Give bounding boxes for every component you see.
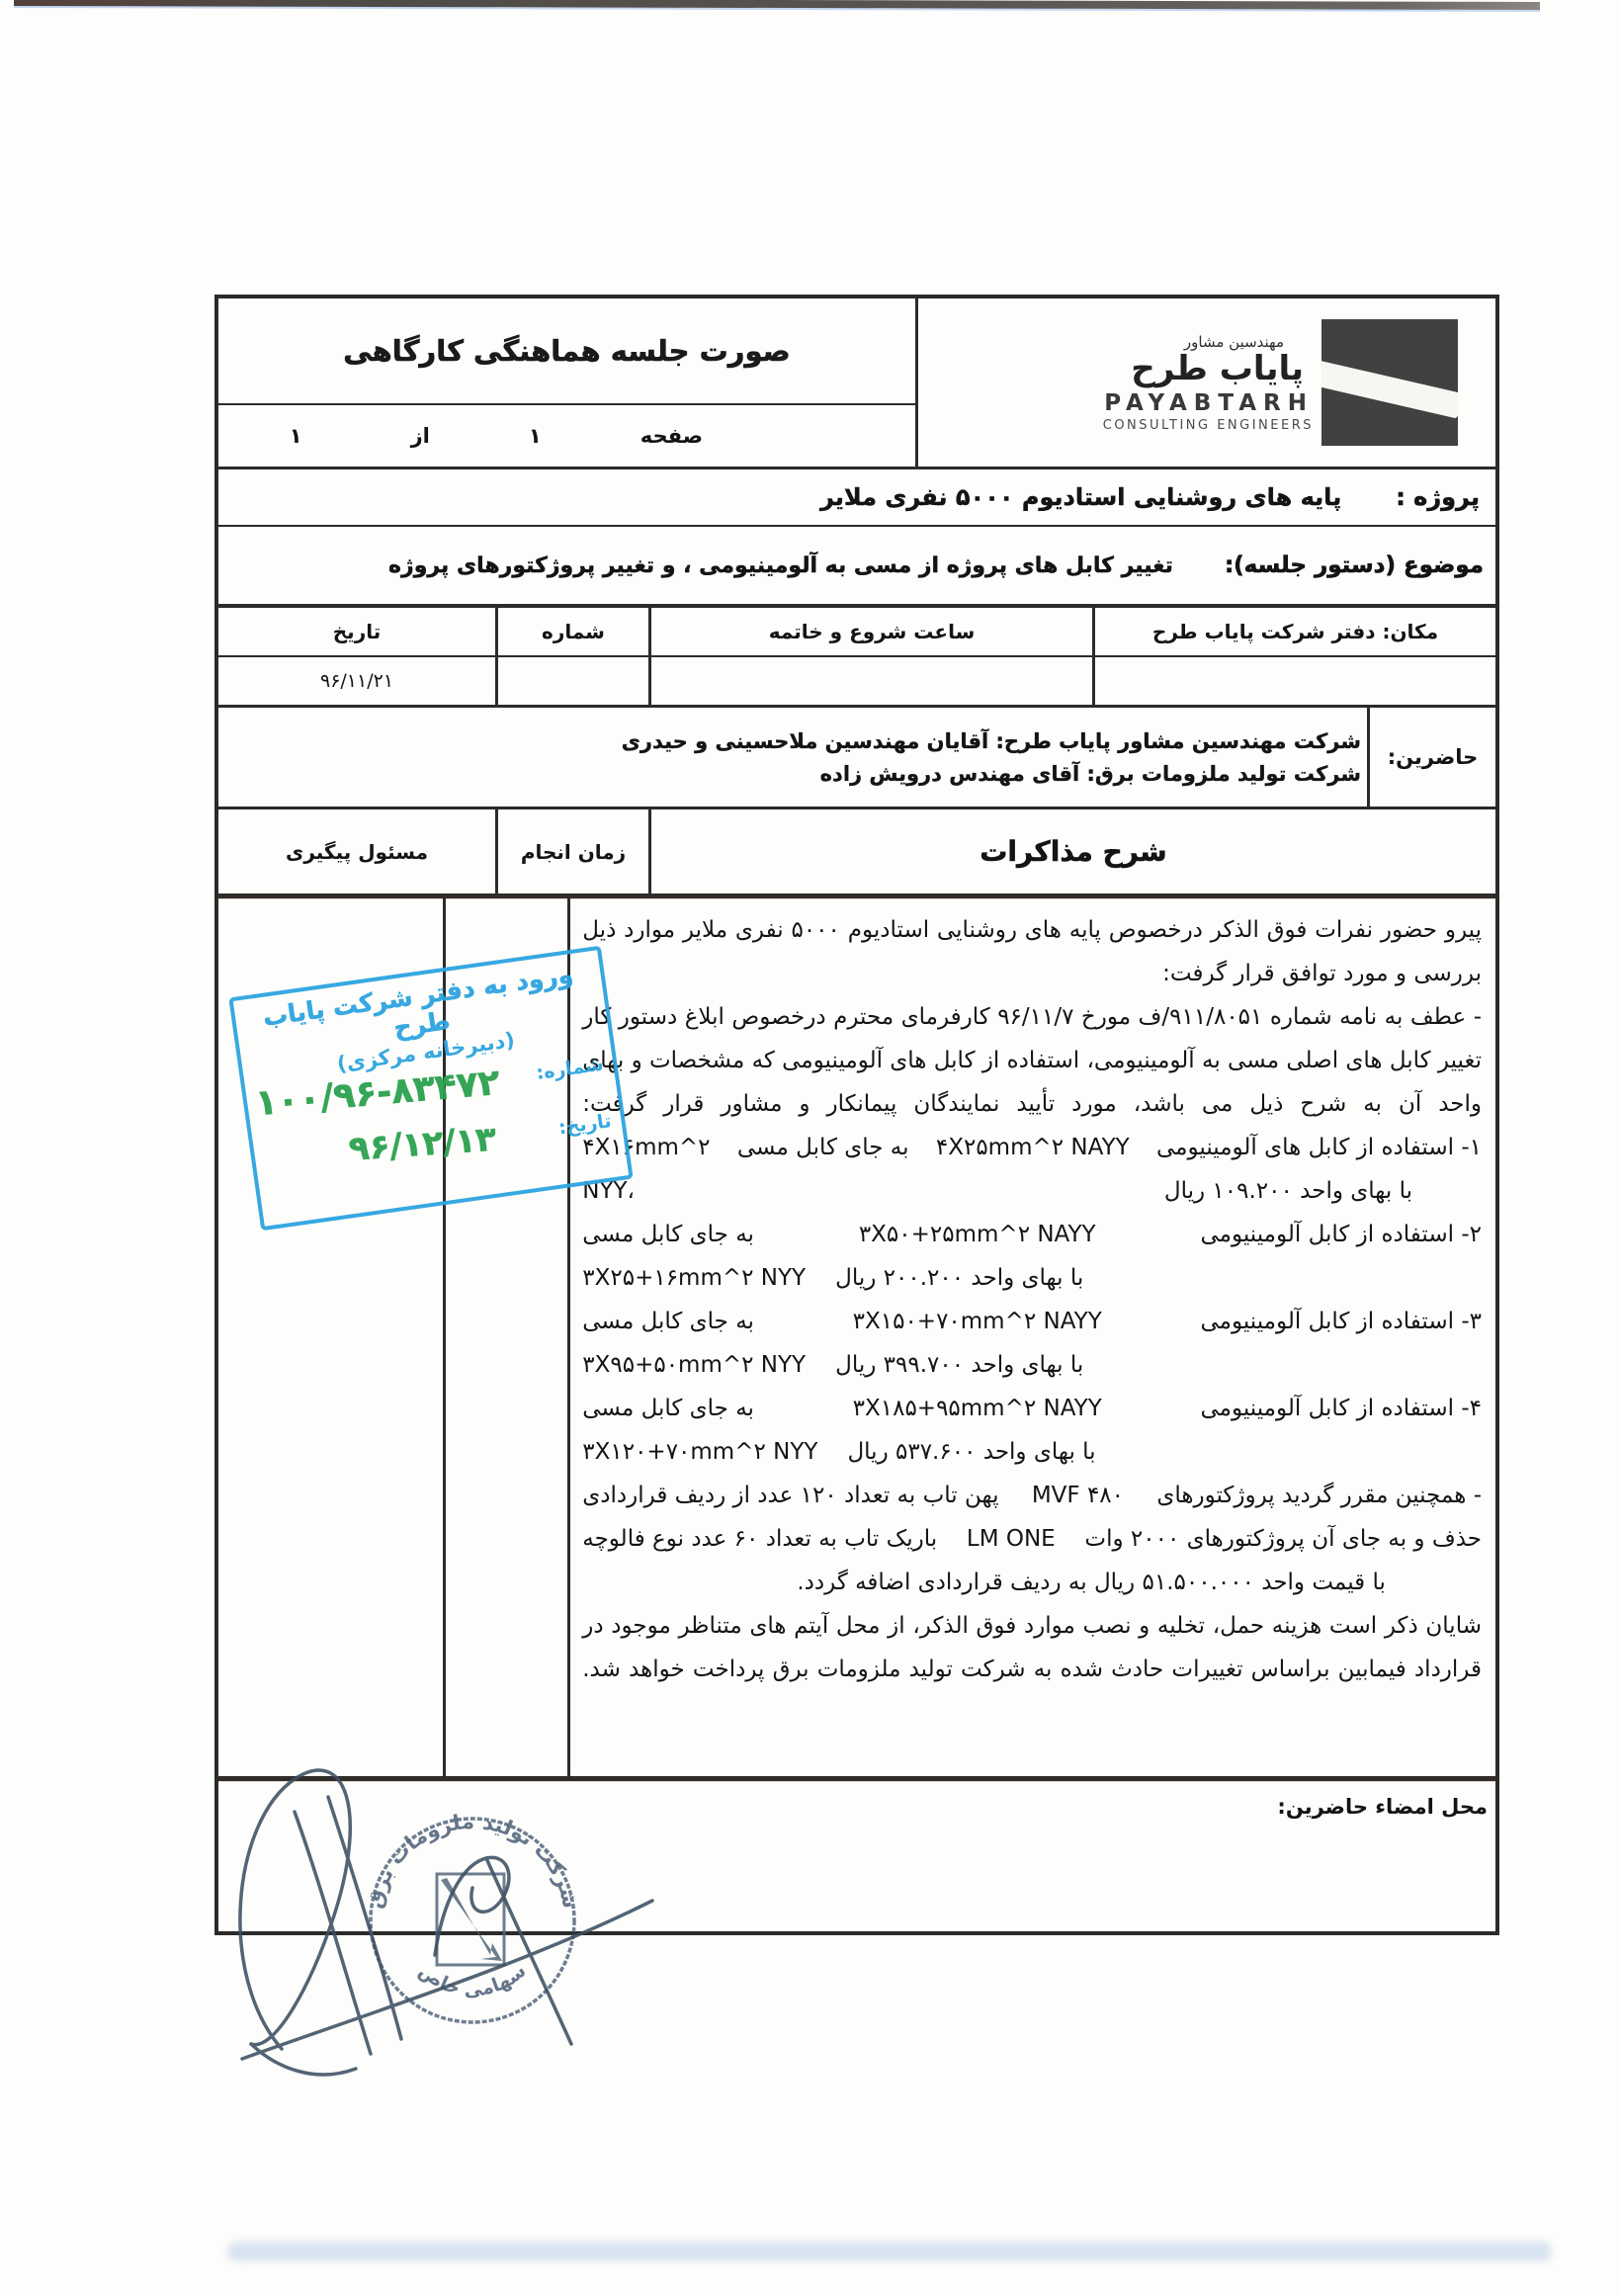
discussion-token: با بهای واحد ۱۰۹.۲۰۰ ریال (1164, 1169, 1412, 1213)
discussion-line: به جای کابل مسی۳X۵۰+۲۵mm^۲ NAYY۲- استفاد… (582, 1213, 1482, 1256)
discussion-token: - همچنین مقرر گردید پروژکتورهای (1156, 1474, 1482, 1517)
title-cell: صورت جلسه هماهنگی کارگاهی (218, 298, 915, 405)
meta-value-row: ۹۶/۱۱/۲۱ (218, 657, 1495, 708)
discussion-line: ۳X۹۵+۵۰mm^۲ NYYبا بهای واحد ۳۹۹.۷۰۰ ریال (582, 1343, 1482, 1387)
discussion-token: MVF ۴۸۰ (1032, 1474, 1124, 1517)
project-label: پروژه : (1396, 483, 1480, 511)
discussion-token: حذف و به جای آن پروژکتورهای ۲۰۰۰ وات (1084, 1517, 1482, 1561)
date-header: تاریخ (218, 608, 498, 655)
attendees-content: شرکت مهندسین مشاور پایاب طرح: آقایان مهن… (218, 708, 1370, 807)
subject-row: موضوع (دستور جلسه): تغییر کابل های پروژه… (218, 527, 1495, 608)
discussion-token: پهن تاب به تعداد ۱۲۰ عدد از ردیف قرارداد… (582, 1474, 998, 1517)
discussion-line: واحد آن به شرح ذیل می باشد، مورد تأیید ن… (582, 1082, 1482, 1126)
discussion-token: ۴- استفاده از کابل آلومینیومی (1200, 1387, 1482, 1430)
project-row: پروژه : پایه های روشنایی استادیوم ۵۰۰۰ ن… (218, 469, 1495, 527)
logo-latin-sub: CONSULTING ENGINEERS (1103, 418, 1314, 433)
scan-smudge-artifact (227, 2242, 1552, 2261)
logo-fa-big: پایاب طرح (1131, 349, 1304, 388)
discussion-token: ۲- استفاده از کابل آلومینیومی (1200, 1213, 1482, 1256)
page-number-row: صفحه ۱ از ۱ (218, 405, 915, 467)
discussion-token: ۳X۱۲۰+۷۰mm^۲ NYY (582, 1430, 817, 1474)
discussion-line: به جای کابل مسی۳X۱۸۵+۹۵mm^۲ NAYY۴- استفا… (582, 1387, 1482, 1430)
number-header: شماره (498, 608, 651, 655)
date-value: ۹۶/۱۱/۲۱ (320, 670, 393, 692)
discussion-line: NYY،با بهای واحد ۱۰۹.۲۰۰ ریال (582, 1169, 1482, 1213)
logo-swoosh-shape (1321, 360, 1458, 418)
discussion-line: تغییر کابل های اصلی مسی به آلومینیومی، ا… (582, 1039, 1482, 1082)
discussion-line: ۴X۱۶mm^۲به جای کابل مسی۴X۲۵mm^۲ NAYY۱- ا… (582, 1126, 1482, 1169)
discussion-line: با قیمت واحد ۵۱.۵۰۰.۰۰۰ ریال به ردیف قرا… (582, 1561, 1482, 1604)
discussion-token: با بهای واحد ۵۳۷.۶۰۰ ریال (847, 1430, 1095, 1474)
discussion-token: ۳X۵۰+۲۵mm^۲ NAYY (859, 1213, 1096, 1256)
signature-label: محل امضاء حاضرین: (1277, 1795, 1488, 1819)
meta-header-row: تاریخ شماره ساعت شروع و خاتمه مکان: دفتر… (218, 608, 1495, 657)
time-header: ساعت شروع و خاتمه (651, 608, 1095, 655)
attendee-line: شرکت مهندسین مشاور پایاب طرح: آقایان مهن… (218, 729, 1361, 753)
minutes-header-row: مسئول پیگیری زمان انجام شرح مذاکرات (218, 809, 1495, 898)
logo-latin: PAYABTARH (1104, 390, 1314, 416)
discussion-text: پیرو حضور نفرات فوق الذکر درخصوص پایه ها… (570, 898, 1495, 1776)
discussion-line: - عطف به نامه شماره ۹۱۱/۸۰۵۱/ف مورخ ۹۶/۱… (582, 995, 1482, 1039)
discussion-token: با بهای واحد ۲۰۰.۲۰۰ ریال (835, 1256, 1083, 1300)
discussion-token: با بهای واحد ۳۹۹.۷۰۰ ریال (835, 1343, 1083, 1387)
logo-cell: مهندسین مشاور پایاب طرح PAYABTARH CONSUL… (918, 298, 1495, 467)
round-stamp-and-signature-graphic: شرکت تولید ملزومات برق سهامی خاص (188, 1718, 741, 2133)
entry-stamp-date-value: ۹۶/۱۲/۱۳ (348, 1120, 498, 1169)
discussion-line: ۳X۱۲۰+۷۰mm^۲ NYYبا بهای واحد ۵۳۷.۶۰۰ ریا… (582, 1430, 1482, 1474)
discussion-token: ۴X۲۵mm^۲ NAYY (936, 1126, 1130, 1169)
discussion-token: باریک تاب به تعداد ۶۰ عدد نوع فالوچه (582, 1517, 937, 1561)
completion-time-header: زمان انجام (498, 809, 651, 893)
page-label: صفحه (640, 424, 703, 448)
page-of-label: از (411, 424, 430, 448)
discussion-line: بررسی و مورد توافق قرار گرفت: (582, 952, 1482, 995)
page-title: صورت جلسه هماهنگی کارگاهی (343, 334, 790, 368)
discussion-token: ۳- استفاده از کابل آلومینیومی (1200, 1300, 1482, 1343)
scan-edge-artifact (14, 0, 1540, 10)
attendees-label: حاضرین: (1370, 708, 1495, 807)
location-header: مکان: دفتر شرکت پایاب طرح (1095, 608, 1495, 655)
header-left: صورت جلسه هماهنگی کارگاهی صفحه ۱ از ۱ (218, 298, 918, 467)
discussion-line: شایان ذکر است هزینه حمل، تخلیه و نصب موا… (582, 1604, 1482, 1648)
followup-header: مسئول پیگیری (218, 809, 498, 893)
discussion-line: پهن تاب به تعداد ۱۲۰ عدد از ردیف قرارداد… (582, 1474, 1482, 1517)
logo-texts: مهندسین مشاور پایاب طرح PAYABTARH CONSUL… (1037, 333, 1314, 433)
discussion-token: LM ONE (967, 1517, 1056, 1561)
stamp-and-signature: شرکت تولید ملزومات برق سهامی خاص (188, 1718, 741, 2133)
discussion-token: ۳X۱۸۵+۹۵mm^۲ NAYY (853, 1387, 1102, 1430)
page-current: ۱ (529, 424, 542, 448)
attendees-row: شرکت مهندسین مشاور پایاب طرح: آقایان مهن… (218, 708, 1495, 809)
page-total: ۱ (290, 424, 302, 448)
discussion-line: ۳X۲۵+۱۶mm^۲ NYYبا بهای واحد ۲۰۰.۲۰۰ ریال (582, 1256, 1482, 1300)
discussion-token: به جای کابل مسی (582, 1387, 754, 1430)
discussion-token: به جای کابل مسی (582, 1213, 754, 1256)
discussion-token: به جای کابل مسی (737, 1126, 909, 1169)
discussion-line: باریک تاب به تعداد ۶۰ عدد نوع فالوچهLM O… (582, 1517, 1482, 1561)
attendee-line: شرکت تولید ملزومات برق: آقای مهندس درویش… (218, 762, 1361, 786)
discussion-token: ۳X۲۵+۱۶mm^۲ NYY (582, 1256, 806, 1300)
discussion-token: به جای کابل مسی (582, 1300, 754, 1343)
discussion-line: پیرو حضور نفرات فوق الذکر درخصوص پایه ها… (582, 908, 1482, 952)
subject-value: تغییر کابل های پروژه از مسی به آلومینیوم… (270, 553, 1173, 578)
discussion-header: شرح مذاکرات (651, 809, 1495, 893)
discussion-token: ۳X۱۵۰+۷۰mm^۲ NAYY (853, 1300, 1102, 1343)
project-value: پایه های روشنایی استادیوم ۵۰۰۰ نفری ملای… (820, 483, 1341, 511)
discussion-line: به جای کابل مسی۳X۱۵۰+۷۰mm^۲ NAYY۳- استفا… (582, 1300, 1482, 1343)
location-value (1095, 657, 1495, 705)
form-header: صورت جلسه هماهنگی کارگاهی صفحه ۱ از ۱ مه… (218, 298, 1495, 469)
subject-label: موضوع (دستور جلسه): (1225, 553, 1484, 578)
discussion-token: ۳X۹۵+۵۰mm^۲ NYY (582, 1343, 806, 1387)
discussion-line: قرارداد فیمابین براساس تغییرات حادث شده … (582, 1648, 1482, 1691)
discussion-token: ۱- استفاده از کابل های آلومینیومی (1156, 1126, 1482, 1169)
company-logo-icon (1321, 319, 1458, 446)
